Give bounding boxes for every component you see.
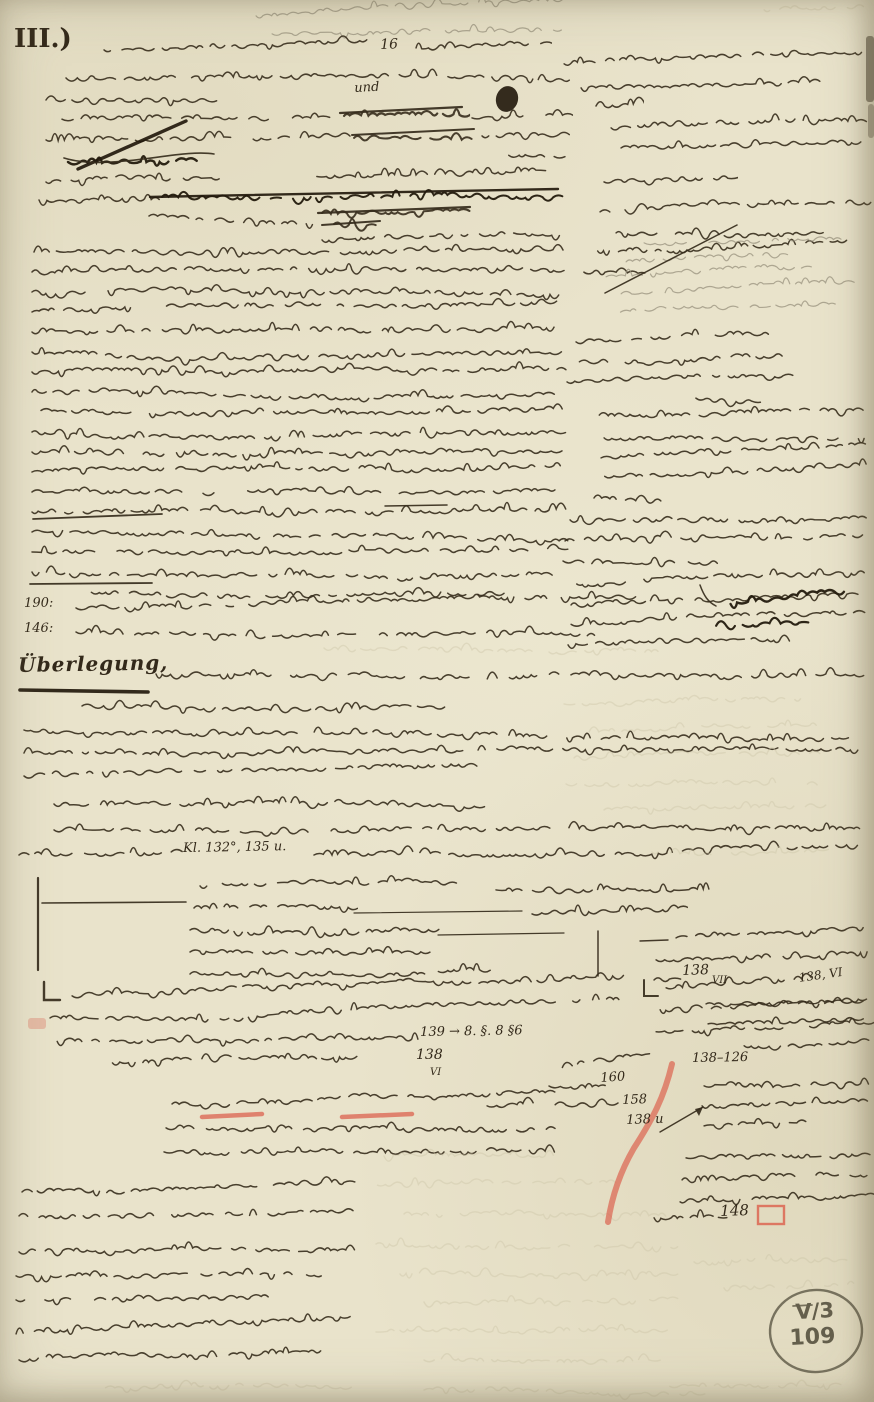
handwriting-line xyxy=(50,784,490,818)
archive-stamp-signature: V/3 xyxy=(795,1300,835,1323)
handwriting-line xyxy=(504,135,576,174)
handwriting-line xyxy=(590,478,664,512)
handwriting-line xyxy=(585,708,826,746)
ref-138-u: 138 u xyxy=(626,1113,664,1127)
handwriting-line xyxy=(28,492,568,526)
handwriting-line xyxy=(372,1224,682,1258)
handwriting-line xyxy=(152,648,868,688)
ref-146: 146: xyxy=(24,622,53,635)
handwriting-line xyxy=(492,866,715,904)
handwriting-line xyxy=(570,734,826,772)
handwriting-line xyxy=(48,95,339,134)
handwriting-line xyxy=(478,114,577,150)
handwriting-line xyxy=(396,1254,686,1288)
handwriting-line xyxy=(606,284,839,326)
handwriting-line xyxy=(310,835,868,869)
archive-stamp-number: 109 xyxy=(789,1326,836,1350)
ref-138-left: 138 xyxy=(416,1048,443,1062)
handwriting-line xyxy=(655,979,874,1024)
handwriting-line xyxy=(576,59,832,102)
handwriting-line xyxy=(20,733,865,767)
handwriting-line xyxy=(420,1370,710,1402)
handwriting-line xyxy=(699,1102,810,1140)
handwriting-line xyxy=(412,26,553,62)
handwriting-line xyxy=(28,512,570,546)
handwriting-line xyxy=(368,1166,618,1200)
handwriting-line xyxy=(690,1239,851,1276)
annotation-mark xyxy=(28,1018,46,1029)
handwriting-line xyxy=(72,612,602,646)
handwriting-line xyxy=(28,392,568,426)
handwriting-line xyxy=(566,495,873,534)
handwriting-line xyxy=(600,160,739,196)
range-138-126: 138–126 xyxy=(692,1051,748,1065)
handwriting-line xyxy=(606,99,874,142)
handwriting-line xyxy=(28,252,570,286)
handwriting-line xyxy=(28,472,570,506)
handwriting-line xyxy=(64,142,204,176)
ref-138-vii: 138 xyxy=(682,963,709,978)
handwriting-line xyxy=(18,1166,361,1206)
handwriting-line xyxy=(20,710,850,744)
inserted-word-und: und xyxy=(354,81,380,95)
annotation-mark xyxy=(768,1288,864,1375)
ref-138-vii-sub: VII xyxy=(712,976,727,986)
handwriting-line xyxy=(616,261,859,308)
annotation-mark xyxy=(342,1114,412,1117)
handwriting-line xyxy=(28,452,568,486)
ref-158: 158 xyxy=(622,1093,647,1107)
handwriting-line xyxy=(320,628,540,662)
annotation-mark xyxy=(493,84,521,115)
heading-ueberlegung: Überlegung, xyxy=(18,652,168,675)
handwriting-line xyxy=(28,532,343,566)
handwriting-line xyxy=(300,151,566,190)
handwriting-line xyxy=(611,205,830,247)
handwriting-line xyxy=(716,571,847,618)
annotation-mark xyxy=(605,225,737,293)
handwriting-line xyxy=(75,572,517,606)
handwriting-line xyxy=(650,960,690,994)
handwriting-line xyxy=(556,1035,658,1082)
handwriting-line xyxy=(545,632,675,666)
handwriting-line xyxy=(420,1282,680,1316)
annotation-mark xyxy=(42,902,186,903)
section-marker: III.) xyxy=(14,26,72,52)
handwriting-line xyxy=(559,541,724,575)
annotation-mark xyxy=(438,933,564,935)
handwriting-line xyxy=(651,1000,874,1046)
handwriting-line xyxy=(162,1101,559,1142)
handwriting-line xyxy=(639,216,855,257)
handwriting-line xyxy=(651,932,874,974)
annotation-mark xyxy=(340,107,462,113)
handwriting-line xyxy=(15,1226,358,1266)
handwriting-line xyxy=(660,1366,850,1400)
annotation-marks-layer xyxy=(0,0,874,1402)
handwriting-line xyxy=(739,1019,873,1060)
handwriting-line xyxy=(595,182,874,226)
annotation-mark xyxy=(793,1305,812,1306)
handwriting-line xyxy=(699,1060,874,1100)
handwriting-line xyxy=(545,1066,610,1100)
handwriting-line xyxy=(35,179,165,214)
handwriting-line xyxy=(15,835,190,869)
annotation-mark xyxy=(30,583,152,584)
handwriting-line xyxy=(68,961,634,1010)
handwriting-line xyxy=(562,759,823,798)
handwriting-line xyxy=(599,409,872,452)
handwriting-line xyxy=(587,386,873,430)
annotation-mark xyxy=(150,189,558,197)
handwriting-line xyxy=(617,124,863,162)
annotation-mark xyxy=(866,36,874,102)
handwriting-line xyxy=(196,864,458,900)
annotation-mark xyxy=(354,911,522,913)
handwriting-line xyxy=(50,803,868,844)
annotation-mark xyxy=(33,514,162,519)
handwriting-line xyxy=(46,988,629,1032)
handwriting-line xyxy=(675,1175,874,1216)
handwriting-line xyxy=(562,600,871,639)
handwriting-line xyxy=(601,246,817,291)
handwriting-line xyxy=(482,1081,625,1120)
handwriting-line xyxy=(28,352,569,386)
annotation-mark xyxy=(352,129,474,135)
handwriting-line xyxy=(703,998,872,1038)
ref-190: 190: xyxy=(24,596,53,610)
handwriting-line xyxy=(12,1251,328,1290)
handwriting-line xyxy=(468,96,574,132)
handwriting-line xyxy=(600,786,831,824)
handwriting-line xyxy=(42,115,353,154)
handwriting-line xyxy=(12,1275,275,1314)
handwriting-line xyxy=(96,1037,359,1076)
pages-kl-132-135: Kl. 132°, 135 u. xyxy=(183,840,286,855)
handwriting-line xyxy=(160,1125,563,1166)
handwriting-line xyxy=(330,204,386,238)
handwriting-line xyxy=(677,1153,874,1194)
handwriting-line xyxy=(44,1020,424,1054)
handwriting-line xyxy=(420,1340,670,1374)
handwriting-line xyxy=(593,448,874,492)
handwriting-line xyxy=(345,530,570,564)
handwriting-line xyxy=(318,218,568,254)
handwriting-line xyxy=(560,560,871,599)
handwriting-line xyxy=(42,162,232,198)
ref-148: 148 xyxy=(720,1203,749,1219)
handwriting-line xyxy=(564,621,800,659)
handwriting-line xyxy=(28,552,558,586)
annotation-mark xyxy=(44,982,60,1000)
handwriting-line xyxy=(559,33,870,78)
handwriting-line xyxy=(579,252,652,288)
handwriting-line xyxy=(691,378,770,415)
handwriting-line xyxy=(30,232,568,266)
annotation-mark xyxy=(660,1107,703,1132)
handwriting-line xyxy=(186,954,496,988)
handwriting-line xyxy=(267,4,568,48)
annotation-mark xyxy=(78,121,186,169)
handwriting-line xyxy=(759,0,870,24)
annotation-mark xyxy=(322,221,380,225)
handwriting-line xyxy=(168,1077,559,1118)
handwriting-line xyxy=(585,222,864,266)
ref-138-right: 138, VI xyxy=(798,966,843,984)
handwriting-line xyxy=(190,888,358,922)
annotation-mark xyxy=(385,505,447,506)
handwriting-line xyxy=(711,600,819,640)
annotation-mark xyxy=(318,207,470,213)
annotation-mark xyxy=(868,104,874,138)
handwriting-line xyxy=(720,1266,861,1302)
annotation-mark xyxy=(695,1107,703,1116)
handwriting-line xyxy=(42,80,224,114)
annotation-mark xyxy=(64,153,214,162)
handwriting-line xyxy=(20,756,480,790)
handwriting-line xyxy=(563,358,799,396)
annotation-mark xyxy=(202,1114,262,1117)
handwriting-line xyxy=(28,312,569,346)
annotation-mark xyxy=(640,940,668,941)
handwriting-line xyxy=(528,891,689,928)
handwriting-line xyxy=(350,116,481,152)
handwriting-line xyxy=(567,580,868,619)
handwriting-line xyxy=(566,338,787,376)
handwriting-line xyxy=(596,428,873,472)
handwriting-line xyxy=(621,236,807,276)
annotation-mark xyxy=(644,980,658,996)
handwriting-line xyxy=(318,193,478,227)
handwriting-line xyxy=(648,829,839,866)
handwriting-line xyxy=(592,86,644,120)
handwriting-line xyxy=(340,94,471,130)
handwriting-line xyxy=(145,196,325,230)
handwriting-line xyxy=(681,1131,874,1172)
handwriting-line xyxy=(186,932,434,966)
handwriting-line xyxy=(28,292,571,326)
handwriting-line xyxy=(28,332,571,366)
handwriting-line xyxy=(62,54,577,92)
line1-number: 16 xyxy=(380,37,398,52)
handwriting-line xyxy=(28,272,568,306)
handwriting-line xyxy=(560,679,821,718)
handwriting-line xyxy=(28,372,571,406)
handwriting-line xyxy=(11,1302,367,1348)
manuscript-page: III.) 16 und 190: 146: Überlegung, Kl. 1… xyxy=(0,0,874,1402)
handwriting-line xyxy=(561,516,872,555)
annotation-mark xyxy=(608,1064,672,1222)
handwriting-line xyxy=(380,1136,560,1170)
handwriting-line xyxy=(661,960,813,1002)
ref-138-left-sub: VI xyxy=(430,1068,441,1078)
handwriting-line xyxy=(158,173,566,211)
annotation-mark xyxy=(20,690,148,692)
handwriting-line xyxy=(15,1335,331,1374)
handwriting-line xyxy=(15,1190,361,1230)
handwriting-line xyxy=(251,0,567,30)
handwriting-line xyxy=(572,318,778,356)
handwriting-line xyxy=(186,910,441,944)
handwriting-line xyxy=(671,911,870,952)
handwriting-line xyxy=(100,25,383,64)
handwriting-line xyxy=(372,1312,682,1346)
handwriting-line xyxy=(400,1194,670,1228)
ref-160: 160 xyxy=(600,1070,626,1085)
handwriting-line xyxy=(697,1080,874,1120)
annotation-mark xyxy=(758,1206,784,1224)
handwriting-line xyxy=(649,1195,730,1232)
ref-139: 139 → 8. §. 8 §6 xyxy=(420,1024,523,1039)
handwriting-line xyxy=(28,432,571,466)
handwriting-line xyxy=(90,1368,360,1402)
annotation-mark xyxy=(700,585,716,606)
handwriting-line xyxy=(72,583,637,622)
handwriting-line xyxy=(28,412,569,446)
handwriting-line xyxy=(701,978,872,1018)
handwriting-line xyxy=(78,686,453,720)
